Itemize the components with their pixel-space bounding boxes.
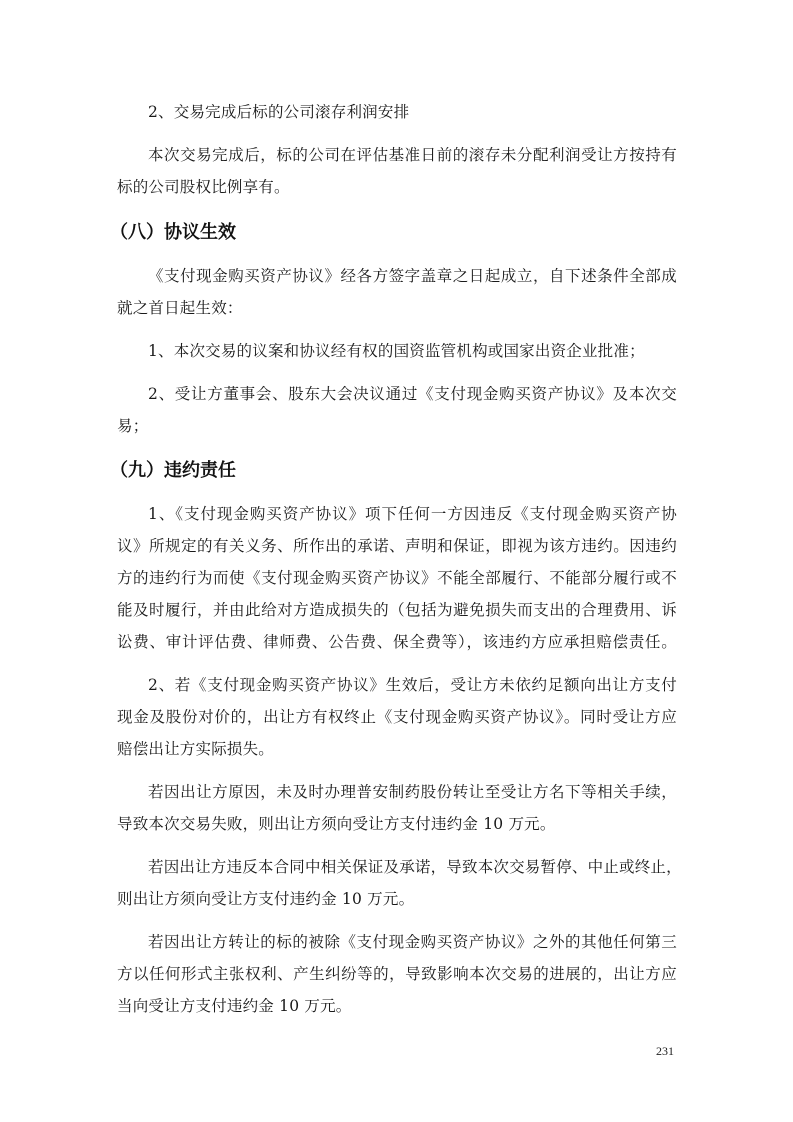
paragraph-line: 标的公司股权比例享有。 [117, 177, 677, 197]
paragraph-line: 方的违约行为而使《支付现金购买资产协议》不能全部履行、不能部分履行或不 [117, 568, 677, 588]
section-heading: （九）违约责任 [110, 459, 236, 483]
paragraph-line: 《支付现金购买资产协议》经各方签字盖章之日起成立，自下述条件全部成 [148, 266, 677, 286]
paragraph-line: 1、《支付现金购买资产协议》项下任何一方因违反《支付现金购买资产协 [148, 504, 677, 524]
paragraph-line: 2、交易完成后标的公司滚存利润安排 [148, 102, 708, 122]
paragraph-line: 若因出让方违反本合同中相关保证及承诺，导致本次交易暂停、中止或终止， [148, 857, 677, 877]
paragraph-line: 本次交易完成后，标的公司在评估基准日前的滚存未分配利润受让方按持有 [148, 145, 677, 165]
paragraph-line: 若因出让方转让的标的被除《支付现金购买资产协议》之外的其他任何第三 [148, 932, 677, 952]
paragraph-line: 若因出让方原因，未及时办理普安制药股份转让至受让方名下等相关手续， [148, 782, 677, 802]
paragraph-line: 则出让方须向受让方支付违约金 10 万元。 [117, 889, 677, 909]
paragraph-line: 方以任何形式主张权利、产生纠纷等的，导致影响本次交易的进展的，出让方应 [117, 964, 677, 984]
paragraph-line: 1、本次交易的议案和协议经有权的国资监管机构或国家出资企业批准； [148, 341, 708, 361]
paragraph-line: 赔偿出让方实际损失。 [117, 739, 677, 759]
paragraph-line: 现金及股份对价的，出让方有权终止《支付现金购买资产协议》。同时受让方应 [117, 707, 677, 727]
paragraph-line: 导致本次交易失败，则出让方须向受让方支付违约金 10 万元。 [117, 814, 677, 834]
document-page: 2、交易完成后标的公司滚存利润安排 本次交易完成后，标的公司在评估基准日前的滚存… [0, 0, 793, 1122]
paragraph-line: 当向受让方支付违约金 10 万元。 [117, 996, 677, 1016]
section-heading: （八）协议生效 [110, 221, 236, 245]
paragraph-line: 就之首日起生效： [117, 298, 677, 318]
paragraph-line: 易； [117, 416, 677, 436]
paragraph-line: 能及时履行，并由此给对方造成损失的（包括为避免损失而支出的合理费用、诉 [117, 600, 677, 620]
paragraph-line: 2、若《支付现金购买资产协议》生效后，受让方未依约足额向出让方支付 [148, 675, 677, 695]
paragraph-line: 讼费、审计评估费、律师费、公告费、保全费等），该违约方应承担赔偿责任。 [117, 632, 677, 652]
paragraph-line: 2、受让方董事会、股东大会决议通过《支付现金购买资产协议》及本次交 [148, 384, 677, 404]
paragraph-line: 议》所规定的有关义务、所作出的承诺、声明和保证，即视为该方违约。因违约 [117, 536, 677, 556]
page-number: 231 [656, 1044, 674, 1059]
